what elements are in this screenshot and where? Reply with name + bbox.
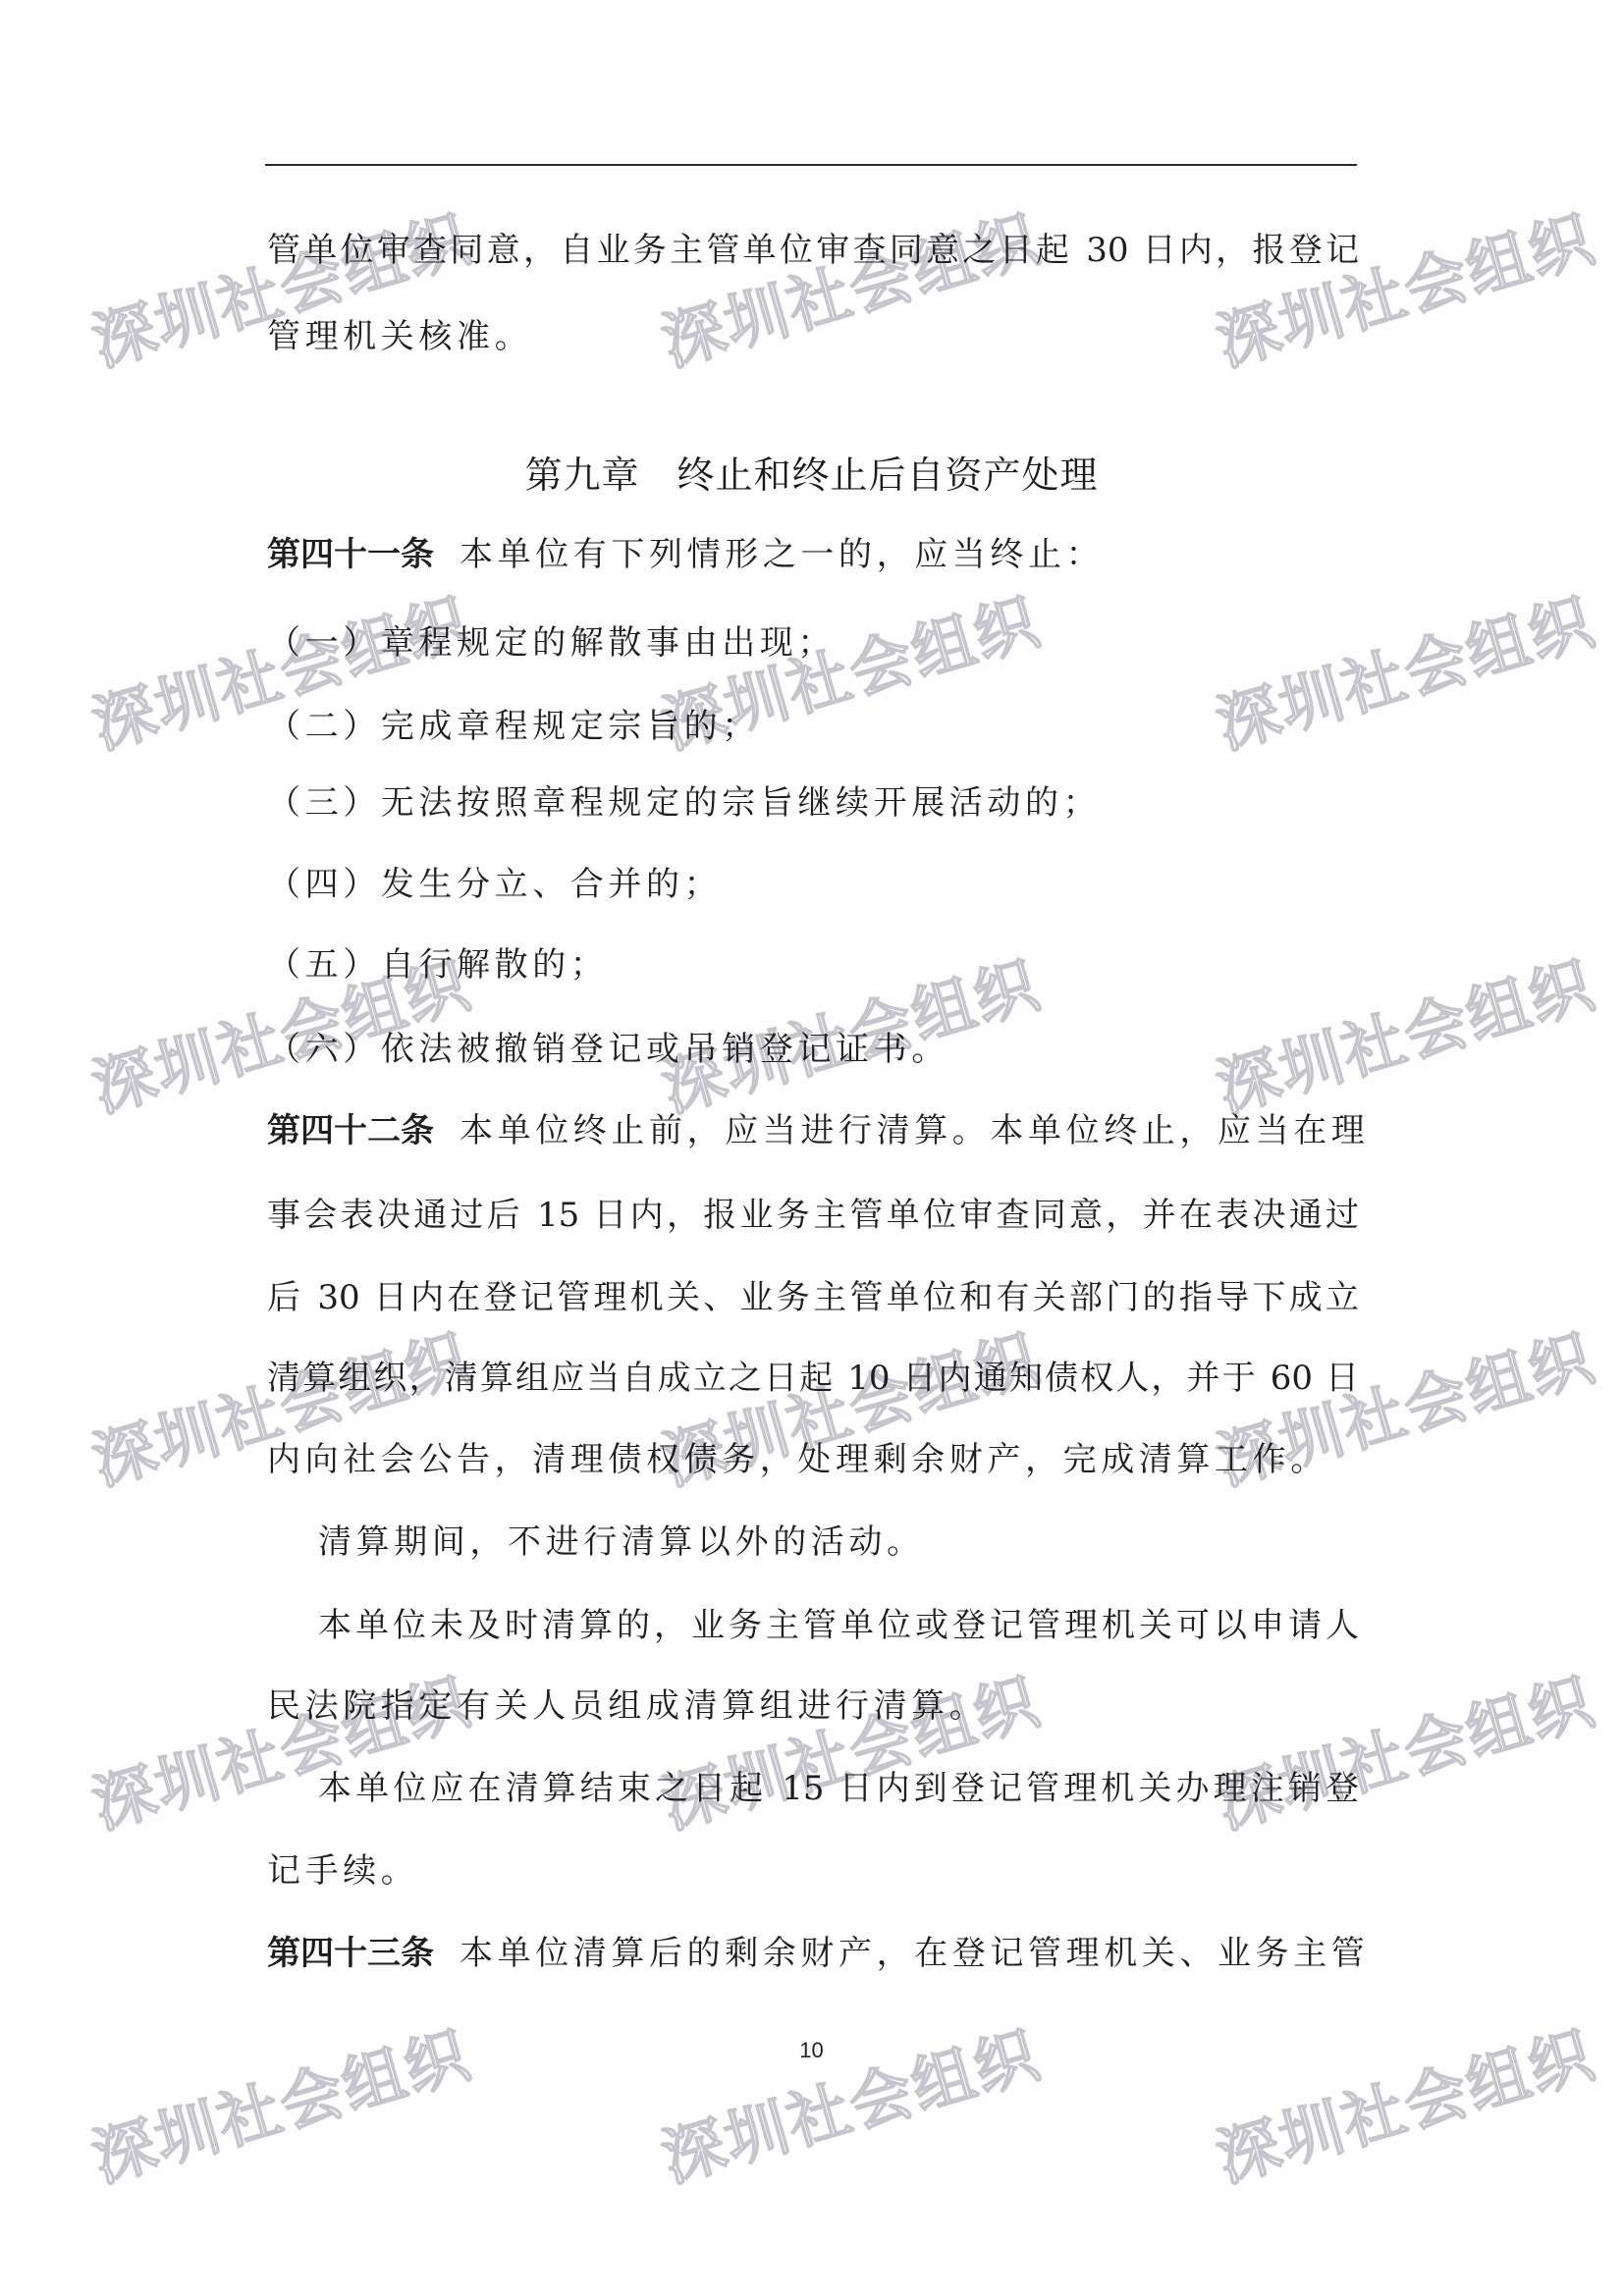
article-text: 本单位清算后的剩余财产，在登记管理机关、业务主管 [460,1934,1369,1973]
paragraph-line: 民法院指定有关人员组成清算组进行清算。 [267,1684,1359,1728]
list-item: （二）完成章程规定宗旨的； [267,705,1359,748]
paragraph-line: 事会表决通过后 15 日内，报业务主管单位审查同意，并在表决通过 [267,1194,1359,1237]
watermark: 深圳社会组织 [81,1652,479,1846]
paragraph-line: 本单位未及时清算的，业务主管单位或登记管理机关可以申请人 [318,1604,1359,1647]
list-item: （三）无法按照章程规定的宗旨继续开展活动的； [267,781,1359,825]
paragraph-line: 清算组织，清算组应当自成立之日起 10 日内通知债权人，并于 60 日 [267,1357,1359,1400]
chapter-number: 第九章 [524,454,639,497]
continuation-line: 管理机关核准。 [267,315,1359,358]
continuation-line: 管单位审查同意，自业务主管单位审查同意之日起 30 日内，报登记 [267,229,1359,272]
article-text: 本单位有下列情形之一的，应当终止： [460,535,1104,574]
list-item: （五）自行解散的； [267,943,1359,987]
paragraph-line: 内向社会公告，清理债权债务，处理剩余财产，完成清算工作。 [267,1438,1359,1481]
chapter-heading: 第九章终止和终止后自资产处理 [0,453,1623,498]
watermark: 深圳社会组织 [650,1652,1049,1846]
watermark: 深圳社会组织 [1205,2005,1603,2200]
paragraph-line: 清算期间，不进行清算以外的活动。 [318,1521,1359,1564]
article-label: 第四十一条 [267,535,434,574]
article-text: 本单位终止前，应当进行清算。本单位终止，应当在理 [460,1111,1369,1150]
paragraph-line: 本单位应在清算结束之日起 15 日内到登记管理机关办理注销登 [318,1767,1359,1810]
list-item: （六）依法被撤销登记或吊销登记证书。 [267,1028,1359,1071]
paragraph-line: 后 30 日内在登记管理机关、业务主管单位和有关部门的指导下成立 [267,1276,1359,1319]
page-number: 10 [0,2038,1623,2063]
article-label: 第四十三条 [267,1934,434,1973]
article-label: 第四十二条 [267,1111,434,1150]
article-41: 第四十一条本单位有下列情形之一的，应当终止： [267,533,1359,576]
article-43: 第四十三条本单位清算后的剩余财产，在登记管理机关、业务主管 [267,1932,1359,1975]
list-item: （四）发生分立、合并的； [267,863,1359,906]
watermark: 深圳社会组织 [1205,1652,1603,1846]
watermark: 深圳社会组织 [81,2005,479,2200]
paragraph-line: 记手续。 [267,1849,1359,1893]
chapter-title: 终止和终止后自资产处理 [677,454,1099,497]
watermark: 深圳社会组织 [650,2005,1049,2200]
article-42: 第四十二条本单位终止前，应当进行清算。本单位终止，应当在理 [267,1109,1359,1152]
header-rule [265,164,1357,166]
list-item: （一）章程规定的解散事由出现； [267,621,1359,665]
document-page: 深圳社会组织 深圳社会组织 深圳社会组织 深圳社会组织 深圳社会组织 深圳社会组… [0,0,1623,2296]
